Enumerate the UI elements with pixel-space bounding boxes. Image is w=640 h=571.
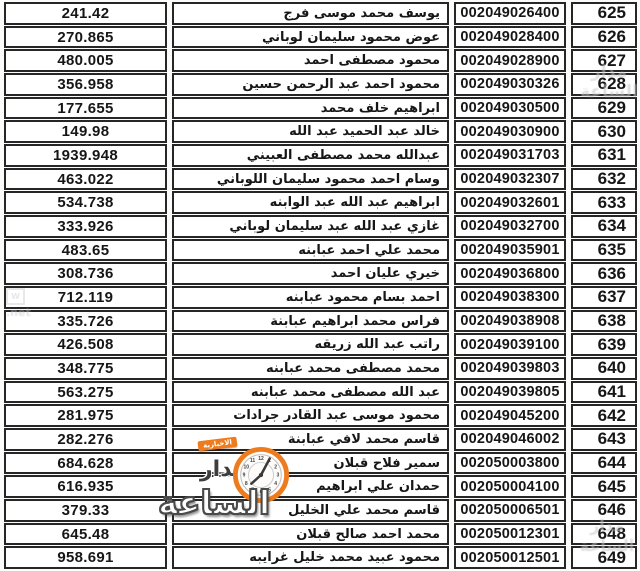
name-cell: محمود احمد عبد الرحمن حسين [172, 73, 449, 96]
table-row: 480.005 محمود مصطفى احمد 002049028900 62… [4, 49, 637, 72]
national-id-cell: 002049032601 [454, 191, 566, 214]
national-id-cell: 002049035901 [454, 239, 566, 262]
name-cell: وسام احمد محمود سليمان اللوباني [172, 168, 449, 191]
name-cell: محمد احمد صالح قبلان [172, 523, 449, 546]
name-cell: عبد الله مصطفى محمد عبابنه [172, 381, 449, 404]
national-id-cell: 002049030900 [454, 120, 566, 143]
amount-cell: 348.775 [4, 357, 167, 380]
amount-cell: 563.275 [4, 381, 167, 404]
table-row: 483.65 محمد علي احمد عبابنه 002049035901… [4, 239, 637, 262]
name-cell: احمد بسام محمود عبابنه [172, 286, 449, 309]
national-id-cell: 002049036800 [454, 262, 566, 285]
serial-number-cell: 640 [571, 357, 637, 380]
serial-number-cell: 646 [571, 499, 637, 522]
serial-number-cell: 635 [571, 239, 637, 262]
amount-cell: 379.33 [4, 499, 167, 522]
serial-number-cell: 633 [571, 191, 637, 214]
amount-cell: 426.508 [4, 333, 167, 356]
national-id-cell: 002049046002 [454, 428, 566, 451]
serial-number-cell: 634 [571, 215, 637, 238]
national-id-cell: 002049028400 [454, 26, 566, 49]
table-row: 563.275 عبد الله مصطفى محمد عبابنه 00204… [4, 381, 637, 404]
serial-number-cell: 626 [571, 26, 637, 49]
amount-cell: 333.926 [4, 215, 167, 238]
serial-number-cell: 629 [571, 97, 637, 120]
name-cell: ابراهيم عبد الله عبد الوابنه [172, 191, 449, 214]
name-cell: حمدان علي ابراهيم [172, 475, 449, 498]
name-cell: فراس محمد ابراهيم عبابنة [172, 310, 449, 333]
table-row: 534.738 ابراهيم عبد الله عبد الوابنه 002… [4, 191, 637, 214]
national-id-cell: 002050012301 [454, 523, 566, 546]
table-row: 281.975 محمود موسى عبد القادر جرادات 002… [4, 404, 637, 427]
amount-cell: 241.42 [4, 2, 167, 25]
national-id-cell: 002050012501 [454, 546, 566, 569]
national-id-cell: 002049039805 [454, 381, 566, 404]
amount-cell: 616.935 [4, 475, 167, 498]
national-id-cell: 002049039803 [454, 357, 566, 380]
amount-cell: 356.958 [4, 73, 167, 96]
name-cell: محمود موسى عبد القادر جرادات [172, 404, 449, 427]
name-cell: محمد علي احمد عبابنه [172, 239, 449, 262]
national-id-cell: 002050003800 [454, 452, 566, 475]
table-row: 149.98 خالد عبد الحميد عبد الله 00204903… [4, 120, 637, 143]
national-id-cell: 002049030500 [454, 97, 566, 120]
table-row: 1939.948 عبدالله محمد مصطفى العبيني 0020… [4, 144, 637, 167]
table-row: 426.508 راتب عبد الله زريقه 002049039100… [4, 333, 637, 356]
serial-number-cell: 639 [571, 333, 637, 356]
national-id-cell: 002049030326 [454, 73, 566, 96]
table-row: 333.926 غازي عبد الله عبد سليمان لوباني … [4, 215, 637, 238]
national-id-cell: 002049028900 [454, 49, 566, 72]
table-row: 712.119 احمد بسام محمود عبابنه 002049038… [4, 286, 637, 309]
table-row: 177.655 ابراهيم خلف محمد 002049030500 62… [4, 97, 637, 120]
amount-cell: 149.98 [4, 120, 167, 143]
national-id-cell: 002049032700 [454, 215, 566, 238]
name-cell: يوسف محمد موسى فرج [172, 2, 449, 25]
serial-number-cell: 638 [571, 310, 637, 333]
amount-cell: 712.119 [4, 286, 167, 309]
serial-number-cell: 643 [571, 428, 637, 451]
table-row: 958.691 محمود عبيد محمد خليل غرايبه 0020… [4, 546, 637, 569]
serial-number-cell: 644 [571, 452, 637, 475]
name-cell: خيري عليان احمد [172, 262, 449, 285]
table-row: 308.736 خيري عليان احمد 002049036800 636 [4, 262, 637, 285]
beneficiary-table: 241.42 يوسف محمد موسى فرج 002049026400 6… [4, 2, 637, 569]
name-cell: ابراهيم خلف محمد [172, 97, 449, 120]
serial-number-cell: 637 [571, 286, 637, 309]
serial-number-cell: 645 [571, 475, 637, 498]
table-row: 379.33 قاسم محمد علي الخليل 002050006501… [4, 499, 637, 522]
national-id-cell: 002049038908 [454, 310, 566, 333]
name-cell: قاسم محمد علي الخليل [172, 499, 449, 522]
national-id-cell: 002049032307 [454, 168, 566, 191]
amount-cell: 483.65 [4, 239, 167, 262]
amount-cell: 645.48 [4, 523, 167, 546]
serial-number-cell: 642 [571, 404, 637, 427]
table-row: 356.958 محمود احمد عبد الرحمن حسين 00204… [4, 73, 637, 96]
national-id-cell: 002049026400 [454, 2, 566, 25]
serial-number-cell: 627 [571, 49, 637, 72]
name-cell: راتب عبد الله زريقه [172, 333, 449, 356]
amount-cell: 958.691 [4, 546, 167, 569]
serial-number-cell: 628 [571, 73, 637, 96]
amount-cell: 463.022 [4, 168, 167, 191]
table-row: 684.628 سمير فلاح قبلان 002050003800 644 [4, 452, 637, 475]
serial-number-cell: 630 [571, 120, 637, 143]
serial-number-cell: 632 [571, 168, 637, 191]
serial-number-cell: 641 [571, 381, 637, 404]
name-cell: غازي عبد الله عبد سليمان لوباني [172, 215, 449, 238]
serial-number-cell: 636 [571, 262, 637, 285]
amount-cell: 282.276 [4, 428, 167, 451]
name-cell: عبدالله محمد مصطفى العبيني [172, 144, 449, 167]
amount-cell: 335.726 [4, 310, 167, 333]
national-id-cell: 002050004100 [454, 475, 566, 498]
national-id-cell: 002049045200 [454, 404, 566, 427]
amount-cell: 281.975 [4, 404, 167, 427]
scanned-document-page: 241.42 يوسف محمد موسى فرج 002049026400 6… [0, 0, 640, 571]
serial-number-cell: 625 [571, 2, 637, 25]
amount-cell: 480.005 [4, 49, 167, 72]
table-row: 241.42 يوسف محمد موسى فرج 002049026400 6… [4, 2, 637, 25]
amount-cell: 534.738 [4, 191, 167, 214]
name-cell: محمود مصطفى احمد [172, 49, 449, 72]
national-id-cell: 002049039100 [454, 333, 566, 356]
name-cell: قاسم محمد لافي عبابنة [172, 428, 449, 451]
serial-number-cell: 631 [571, 144, 637, 167]
name-cell: خالد عبد الحميد عبد الله [172, 120, 449, 143]
amount-cell: 684.628 [4, 452, 167, 475]
table-row: 335.726 فراس محمد ابراهيم عبابنة 0020490… [4, 310, 637, 333]
serial-number-cell: 649 [571, 546, 637, 569]
table-row: 348.775 محمد مصطفى محمد عبابنه 002049039… [4, 357, 637, 380]
serial-number-cell: 648 [571, 523, 637, 546]
table-row: 270.865 عوض محمود سليمان لوباني 00204902… [4, 26, 637, 49]
name-cell: سمير فلاح قبلان [172, 452, 449, 475]
amount-cell: 270.865 [4, 26, 167, 49]
table-row: 645.48 محمد احمد صالح قبلان 002050012301… [4, 523, 637, 546]
table-row: 463.022 وسام احمد محمود سليمان اللوباني … [4, 168, 637, 191]
amount-cell: 177.655 [4, 97, 167, 120]
name-cell: محمود عبيد محمد خليل غرايبه [172, 546, 449, 569]
name-cell: عوض محمود سليمان لوباني [172, 26, 449, 49]
national-id-cell: 002050006501 [454, 499, 566, 522]
national-id-cell: 002049031703 [454, 144, 566, 167]
table-row: 282.276 قاسم محمد لافي عبابنة 0020490460… [4, 428, 637, 451]
amount-cell: 1939.948 [4, 144, 167, 167]
name-cell: محمد مصطفى محمد عبابنه [172, 357, 449, 380]
amount-cell: 308.736 [4, 262, 167, 285]
table-row: 616.935 حمدان علي ابراهيم 002050004100 6… [4, 475, 637, 498]
national-id-cell: 002049038300 [454, 286, 566, 309]
